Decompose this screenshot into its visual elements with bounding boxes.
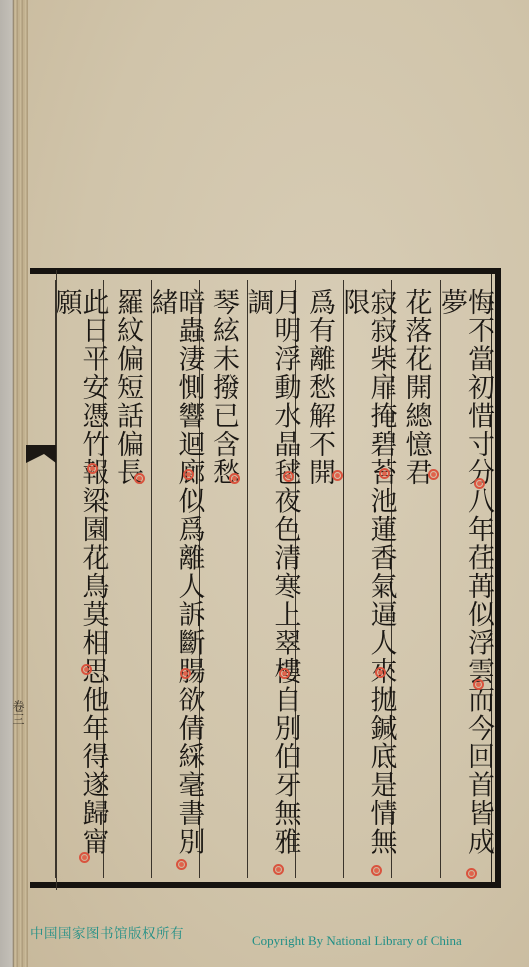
punctuation-circle-icon: [466, 868, 477, 879]
text-column-1: 悔不當初惜寸分八年荏苒似浮雲而今回首皆成夢: [440, 280, 489, 878]
punctuation-circle-icon: [229, 473, 240, 484]
punctuation-circle-icon: [283, 471, 294, 482]
punctuation-circle-icon: [474, 478, 485, 489]
punctuation-circle-icon: [473, 679, 484, 690]
punctuation-circle-icon: [180, 668, 191, 679]
volume-margin-label: 卷三: [10, 700, 27, 726]
text-column-6: 琴絃未撥已含愁: [199, 280, 247, 878]
punctuation-circle-icon: [428, 469, 439, 480]
text-column-8: 羅紋偏短話偏長: [103, 280, 151, 878]
column-text: 琴絃未撥已含愁: [210, 280, 237, 878]
punctuation-circle-icon: [379, 468, 390, 479]
fold-margin-rule: [56, 270, 57, 890]
column-text: 暗蟲淒惻響迴廊似爲離人訴斷腸欲倩綵毫書別緒: [149, 280, 203, 878]
column-text: 此日平安憑竹報梁園花鳥莫相思他年得遂歸甯願: [53, 280, 107, 878]
punctuation-circle-icon: [279, 668, 290, 679]
copyright-cn: 中国国家图书馆版权所有: [30, 922, 184, 942]
text-frame: 悔不當初惜寸分八年荏苒似浮雲而今回首皆成夢 花落花開總憶君 寂寂柴扉掩碧苔池蓮香…: [30, 268, 501, 888]
column-text: 爲有離愁解不開: [306, 280, 333, 878]
column-text: 寂寂柴扉掩碧苔池蓮香氣逼人來拋鍼底是情無限: [341, 280, 395, 878]
text-columns: 悔不當初惜寸分八年荏苒似浮雲而今回首皆成夢 花落花開總憶君 寂寂柴扉掩碧苔池蓮香…: [42, 280, 489, 878]
column-text: 月明浮動水晶毬夜色清寒上翠樓自別伯牙無雅調: [245, 280, 299, 878]
text-column-5: 月明浮動水晶毬夜色清寒上翠樓自別伯牙無雅調: [247, 280, 295, 878]
punctuation-circle-icon: [183, 469, 194, 480]
text-column-3: 寂寂柴扉掩碧苔池蓮香氣逼人來拋鍼底是情無限: [343, 280, 391, 878]
punctuation-circle-icon: [87, 463, 98, 474]
copyright-en: Copyright By National Library of China: [252, 933, 462, 949]
punctuation-circle-icon: [176, 859, 187, 870]
punctuation-circle-icon: [332, 470, 343, 481]
punctuation-circle-icon: [273, 864, 284, 875]
punctuation-circle-icon: [371, 865, 382, 876]
punctuation-circle-icon: [79, 852, 90, 863]
punctuation-circle-icon: [81, 664, 92, 675]
punctuation-circle-icon: [134, 473, 145, 484]
column-text: 羅紋偏短話偏長: [114, 280, 141, 878]
text-column-4: 爲有離愁解不開: [295, 280, 343, 878]
text-column-7: 暗蟲淒惻響迴廊似爲離人訴斷腸欲倩綵毫書別緒: [151, 280, 199, 878]
column-text: 悔不當初惜寸分八年荏苒似浮雲而今回首皆成夢: [438, 280, 492, 878]
text-column-9: 此日平安憑竹報梁園花鳥莫相思他年得遂歸甯願: [55, 280, 103, 878]
text-column-2: 花落花開總憶君: [391, 280, 440, 878]
punctuation-circle-icon: [375, 667, 386, 678]
column-text: 花落花開總憶君: [403, 280, 430, 878]
